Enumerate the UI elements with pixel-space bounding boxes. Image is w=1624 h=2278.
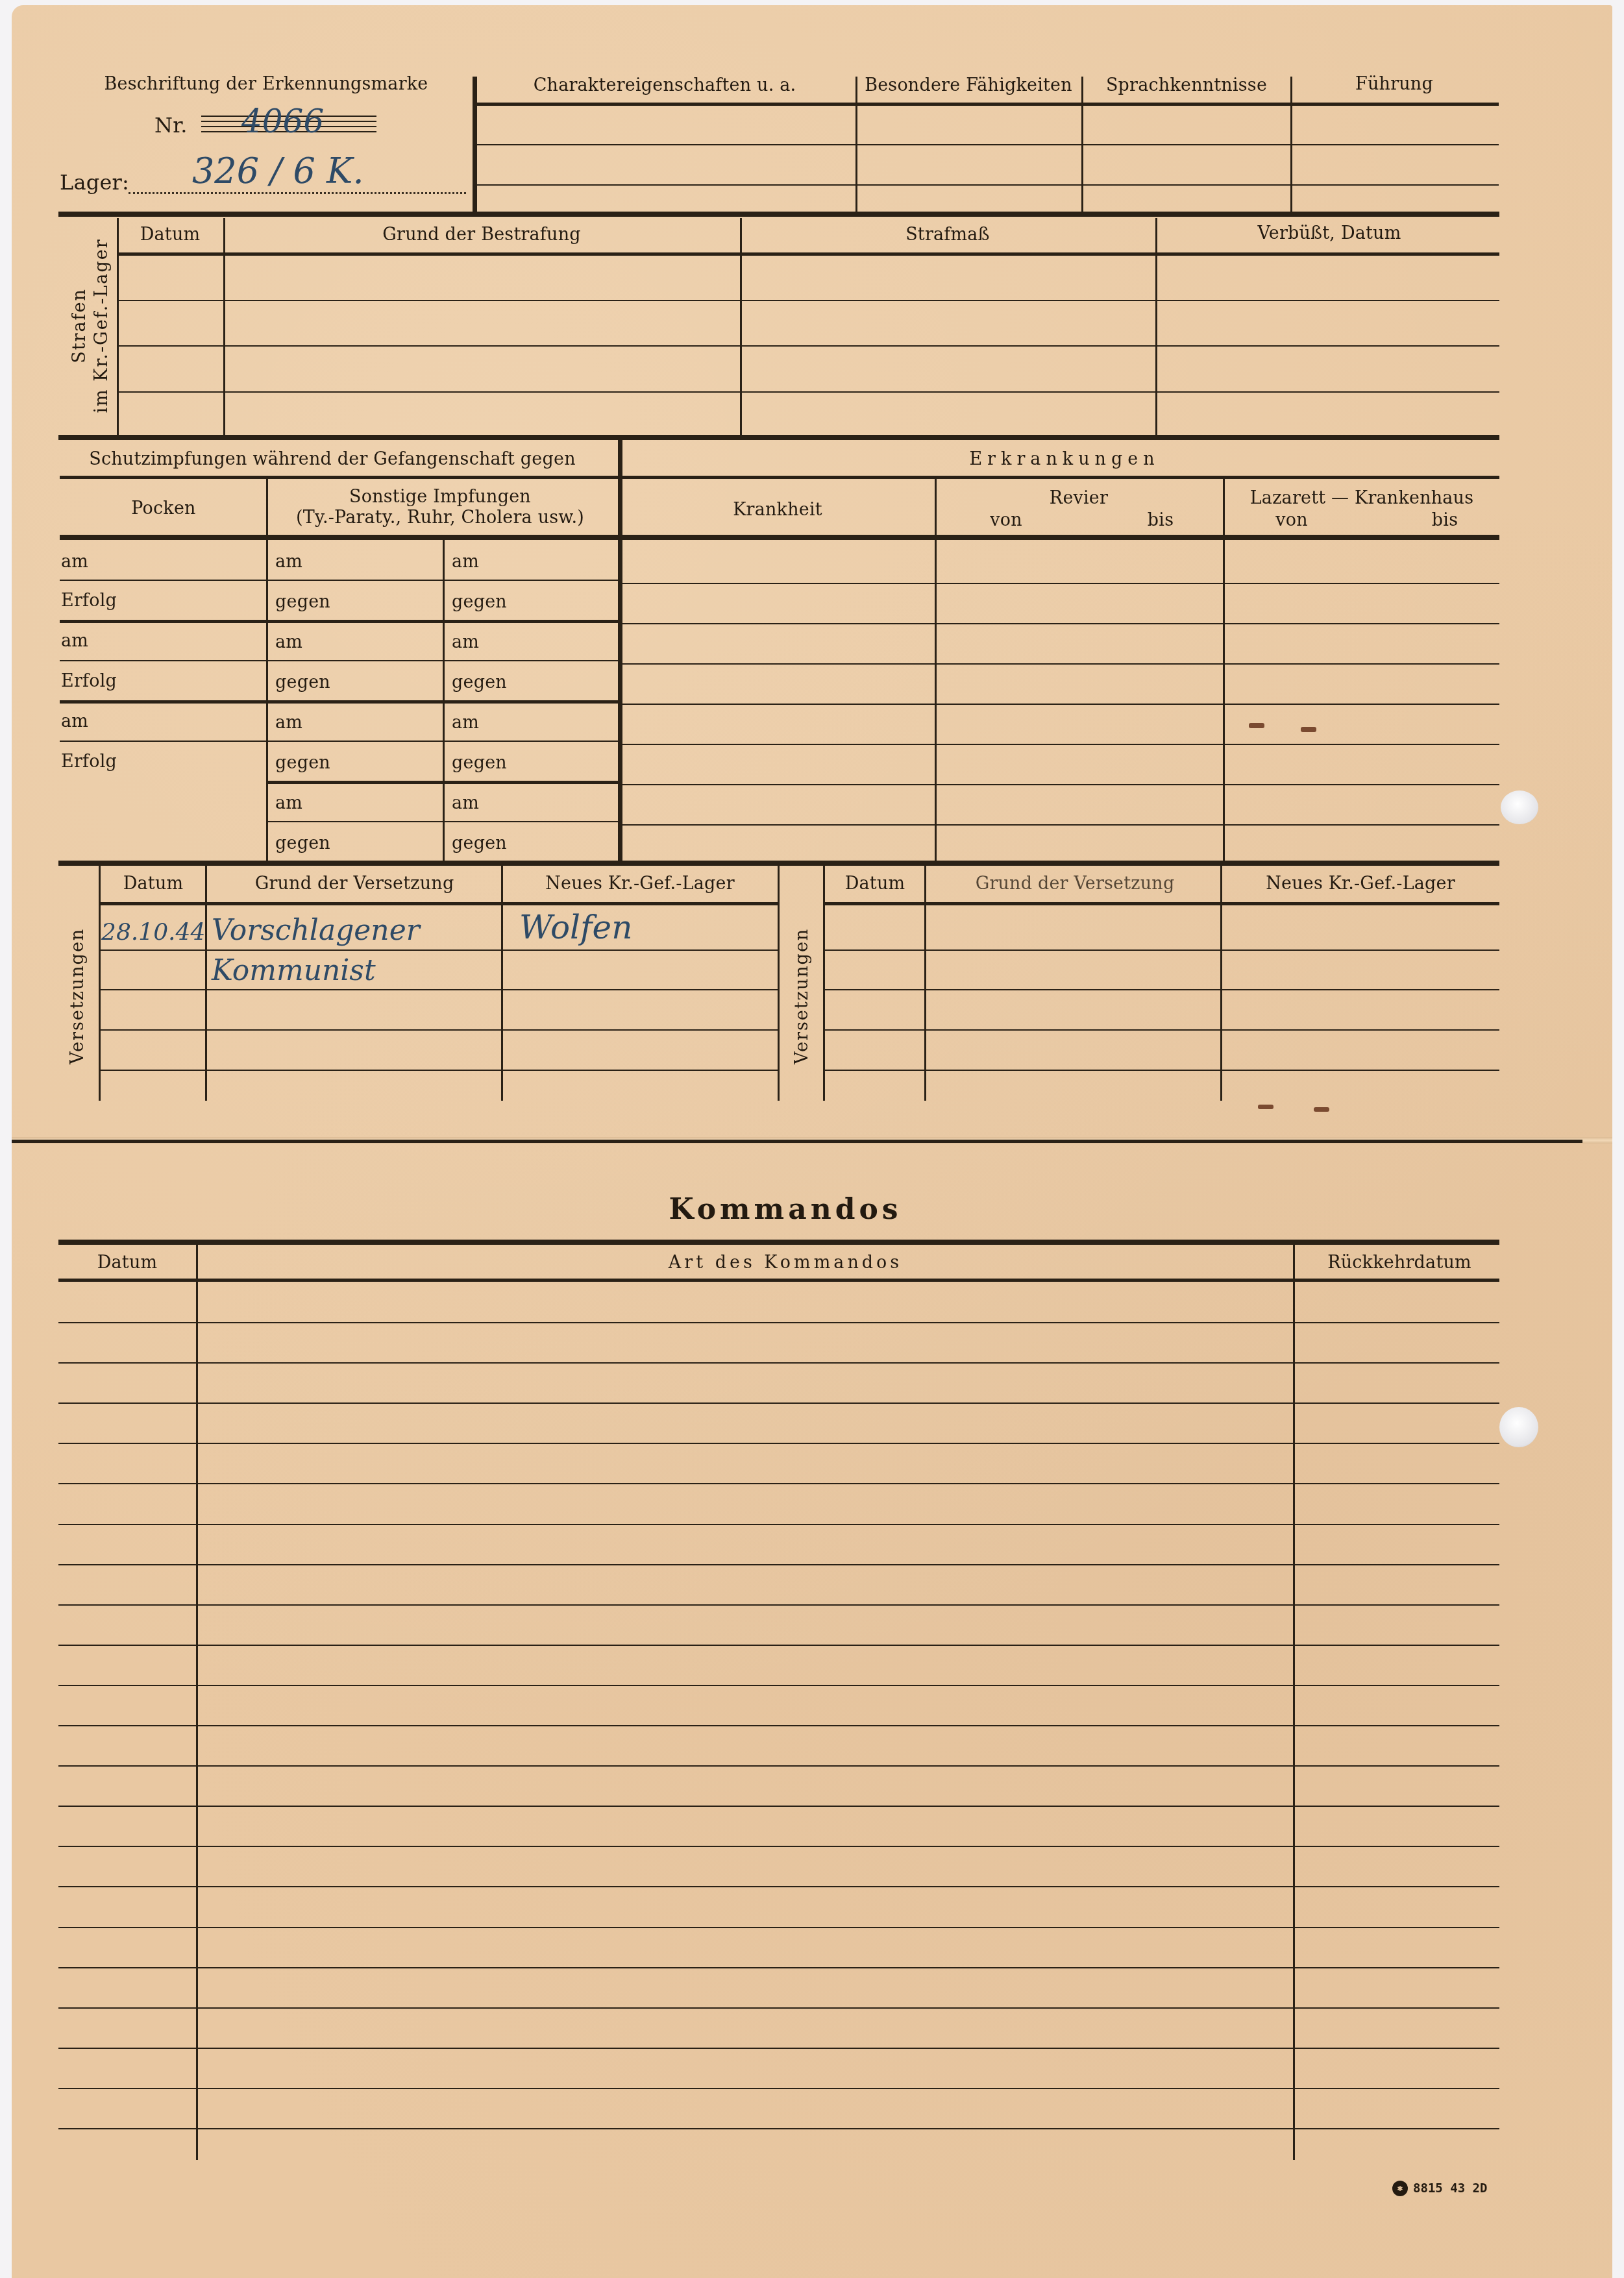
pocken-am-1: am <box>61 552 88 572</box>
divider <box>1220 866 1222 1101</box>
divider <box>824 949 1499 951</box>
kommandos-row-line <box>58 2088 1499 2089</box>
divider <box>935 478 937 862</box>
sonstige-gegen: gegen <box>275 592 330 612</box>
divider <box>60 620 618 623</box>
divider <box>60 741 618 742</box>
kommandos-title: Kommandos <box>669 1193 902 1226</box>
divider <box>118 345 1499 347</box>
revier-von: von <box>990 510 1022 530</box>
divider <box>476 144 1499 145</box>
eagle-emblem-icon: ✱ <box>1392 2181 1408 2196</box>
divider <box>196 1243 198 2160</box>
strafen-col-strafmass: Strafmaß <box>905 225 990 245</box>
pocken-am-3: am <box>61 711 88 731</box>
divider <box>1155 218 1157 436</box>
sonstige-am: am <box>452 793 479 813</box>
divider <box>824 1070 1499 1071</box>
kommandos-row-line <box>58 1725 1499 1726</box>
strafen-col-verbuesst: Verbüßt, Datum <box>1257 223 1401 243</box>
nr-label: Nr. <box>154 113 188 138</box>
kommandos-row-line <box>58 1846 1499 1847</box>
impfungen-col-sonstige-sub: (Ty.-Paraty., Ruhr, Cholera usw.) <box>296 508 584 528</box>
col-charaktereigenschaften: Charaktereigenschaften u. a. <box>534 75 796 95</box>
pocken-erfolg-3: Erfolg <box>61 752 117 772</box>
sonstige-gegen: gegen <box>275 753 330 773</box>
versetzung-grund-line1[interactable]: Vorschlagener <box>212 914 420 947</box>
sonstige-am: am <box>452 552 479 572</box>
erkrankungen-col-krankheit: Krankheit <box>733 500 822 520</box>
divider <box>117 218 119 436</box>
versetzung-grund-line2[interactable]: Kommunist <box>212 954 376 987</box>
fold-line <box>12 1140 1582 1143</box>
impfungen-col-sonstige: Sonstige Impfungen <box>349 487 531 507</box>
section-divider <box>58 212 1499 217</box>
versetzung-datum[interactable]: 28.10.44 <box>101 919 205 946</box>
sonstige-am: am <box>452 713 479 733</box>
col-besondere-faehigkeiten: Besondere Fähigkeiten <box>865 75 1072 95</box>
sonstige-am: am <box>275 552 302 572</box>
divider <box>622 623 1499 624</box>
lazarett-bis: bis <box>1432 510 1458 530</box>
strafen-col-datum: Datum <box>140 225 201 245</box>
sonstige-gegen: gegen <box>452 833 507 853</box>
divider <box>223 218 225 436</box>
divider <box>622 663 1499 665</box>
divider <box>100 902 778 905</box>
sonstige-gegen: gegen <box>275 672 330 692</box>
lazarett-von: von <box>1275 510 1308 530</box>
divider <box>118 300 1499 301</box>
divider <box>778 866 780 1101</box>
divider <box>476 184 1499 186</box>
sonstige-gegen: gegen <box>452 592 507 612</box>
divider <box>266 478 268 862</box>
kommandos-row-line <box>58 1886 1499 1887</box>
versetzungen-right-col-lager: Neues Kr.-Gef.-Lager <box>1266 874 1455 894</box>
divider <box>855 77 857 213</box>
kommandos-row-line <box>58 1806 1499 1807</box>
versetzung-lager[interactable]: Wolfen <box>519 909 632 946</box>
divider <box>118 252 1499 256</box>
divider <box>622 744 1499 745</box>
section-divider <box>58 435 1499 440</box>
divider <box>58 1240 1499 1245</box>
kommandos-row-line <box>58 2048 1499 2049</box>
pocken-erfolg-2: Erfolg <box>61 671 117 691</box>
divider <box>622 476 1499 479</box>
divider <box>824 902 1499 905</box>
erkennungsmarke-title: Beschriftung der Erkennungsmarke <box>105 74 428 94</box>
sonstige-am: am <box>452 632 479 652</box>
versetzungen-right-col-datum: Datum <box>845 874 905 894</box>
divider <box>60 660 618 661</box>
divider <box>118 391 1499 393</box>
strafen-col-grund: Grund der Bestrafung <box>382 225 580 245</box>
divider <box>740 218 742 436</box>
kommandos-row-line <box>58 1483 1499 1484</box>
divider <box>823 866 825 1101</box>
impfungen-title: Schutzimpfungen während der Gefangenscha… <box>89 449 576 469</box>
divider <box>1081 77 1083 213</box>
divider <box>1290 77 1292 213</box>
staple-mark <box>1314 1107 1329 1112</box>
sonstige-am: am <box>275 713 302 733</box>
lager-value[interactable]: 326 / 6 K. <box>192 151 364 191</box>
kommandos-row-line <box>58 1322 1499 1323</box>
versetzungen-col-lager: Neues Kr.-Gef.-Lager <box>545 874 735 894</box>
sonstige-gegen: gegen <box>275 833 330 853</box>
kommandos-row-line <box>58 1685 1499 1686</box>
divider <box>99 866 101 1101</box>
lager-dotted-line <box>129 192 466 194</box>
kommandos-col-rueckkehr: Rückkehrdatum <box>1327 1253 1471 1273</box>
kommandos-row-line <box>58 1765 1499 1767</box>
kommandos-row-line <box>58 1564 1499 1565</box>
divider <box>473 77 477 215</box>
versetzungen-side-label-left: Versetzungen <box>67 935 89 1064</box>
versetzungen-side-label-right: Versetzungen <box>791 935 813 1064</box>
divider <box>618 439 622 862</box>
divider <box>1223 478 1225 862</box>
divider <box>60 535 1499 540</box>
lager-label: Lager: <box>60 170 129 195</box>
pocken-erfolg-1: Erfolg <box>61 591 117 611</box>
divider <box>100 949 778 951</box>
sonstige-gegen: gegen <box>452 753 507 773</box>
divider <box>100 1029 778 1031</box>
kommandos-row-line <box>58 1967 1499 1968</box>
punch-hole <box>1499 1407 1538 1447</box>
sonstige-am: am <box>275 793 302 813</box>
versetzungen-col-grund: Grund der Versetzung <box>255 874 454 894</box>
divider <box>622 784 1499 785</box>
col-fuehrung: Führung <box>1355 74 1433 94</box>
kommandos-row-line <box>58 2128 1499 2129</box>
staple-mark <box>1258 1105 1273 1109</box>
divider <box>924 866 926 1101</box>
divider <box>100 989 778 990</box>
divider <box>58 1279 1499 1282</box>
versetzungen-col-datum: Datum <box>123 874 184 894</box>
kommandos-col-datum: Datum <box>97 1253 158 1273</box>
divider <box>60 700 618 704</box>
kommandos-row-line <box>58 2007 1499 2009</box>
section-divider <box>58 861 1499 866</box>
strafen-side-label: Strafen im Kr.-Gef.-Lager <box>69 222 113 430</box>
kommandos-row-line <box>58 1402 1499 1404</box>
pocken-am-2: am <box>61 631 88 651</box>
divider <box>622 583 1499 584</box>
kommandos-row-line <box>58 1927 1499 1928</box>
divider <box>824 1029 1499 1031</box>
col-sprachkenntnisse: Sprachkenntnisse <box>1106 75 1267 95</box>
print-code: ✱8815 43 2D <box>1392 2181 1487 2196</box>
staple-mark <box>1301 727 1316 732</box>
sonstige-gegen: gegen <box>452 672 507 692</box>
divider <box>1293 1243 1295 2160</box>
erkrankungen-col-revier: Revier <box>1050 488 1108 508</box>
divider <box>476 103 1499 106</box>
staple-mark <box>1249 723 1264 728</box>
kommandos-row-line <box>58 1604 1499 1606</box>
nr-value[interactable]: 4066 <box>241 103 324 140</box>
sonstige-am: am <box>275 632 302 652</box>
kommandos-row-line <box>58 1443 1499 1444</box>
versetzungen-right-col-grund: Grund der Versetzung <box>976 874 1175 894</box>
divider <box>60 580 618 581</box>
divider <box>622 824 1499 826</box>
kommandos-row-line <box>58 1645 1499 1646</box>
divider <box>100 1070 778 1071</box>
impfungen-col-pocken: Pocken <box>131 498 195 519</box>
kommandos-col-art: Art des Kommandos <box>669 1253 902 1273</box>
divider <box>622 704 1499 705</box>
divider <box>60 476 618 479</box>
divider <box>267 781 618 784</box>
punch-hole <box>1501 790 1538 824</box>
divider <box>501 866 503 1101</box>
kommandos-row-line <box>58 1362 1499 1364</box>
erkrankungen-col-lazarett: Lazarett — Krankenhaus <box>1250 488 1474 508</box>
divider <box>205 866 207 1101</box>
revier-bis: bis <box>1148 510 1174 530</box>
divider <box>824 989 1499 990</box>
kommandos-row-line <box>58 1524 1499 1525</box>
erkrankungen-title: Erkrankungen <box>969 449 1159 469</box>
divider <box>267 821 618 822</box>
